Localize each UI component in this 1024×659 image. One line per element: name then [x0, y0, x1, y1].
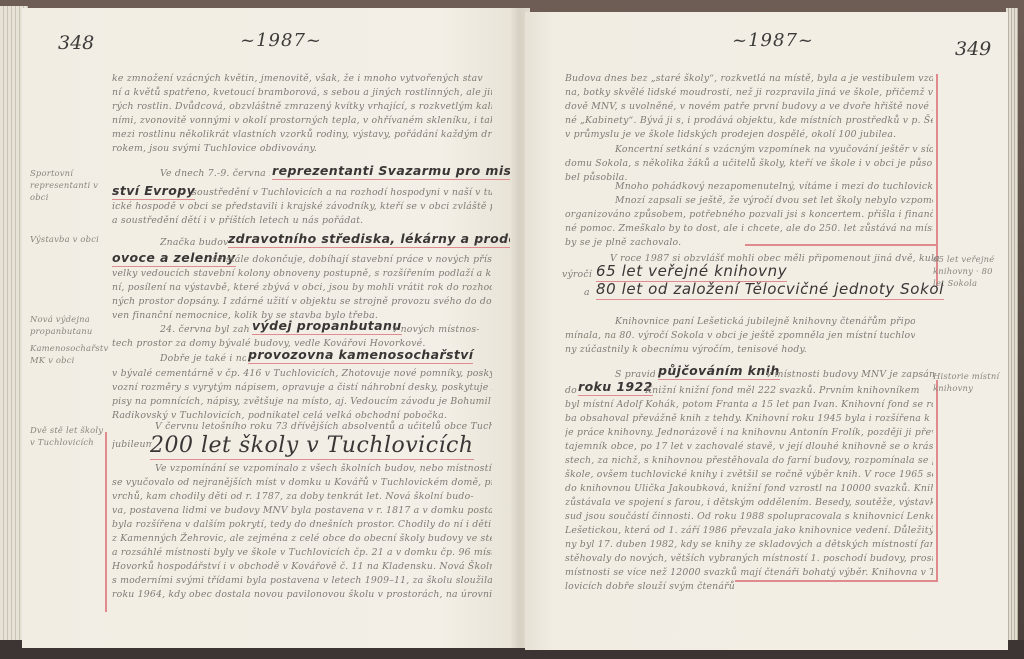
margin-note: Dvě stě let školy v Tuchlovicích [30, 424, 108, 448]
body-line: stěhovaly do nových, větších vybraných m… [565, 552, 933, 567]
body-line: a soustředění dětí i v příštích letech u… [112, 214, 492, 229]
headline-school-200: 200 let školy v Tuchlovicích [150, 433, 474, 460]
page-number-right: 349 [955, 38, 991, 60]
body-line: domu Sokola, s několika žáků a učitelů š… [565, 157, 933, 172]
body-line: ba obsahoval převážně knih z tehdy. Knih… [565, 412, 933, 427]
body-line: Ve vzpomínání se vzpomínalo z všech škol… [155, 462, 492, 477]
body-line: by se je plně zachovalo. [565, 236, 735, 251]
prefix: výročí [562, 268, 592, 283]
red-margin-line [105, 432, 107, 612]
body-line: ny byl 17. duben 1982, kdy se knihy ze s… [565, 538, 933, 553]
lead-in: Značka budovy [160, 236, 228, 251]
page-number-left: 348 [58, 32, 94, 54]
intro-line: ními, zvonovitě vonnými v okolí prostorn… [112, 114, 492, 129]
body-line: a rozsáhlé místnosti byly ve škole v Tuc… [112, 546, 492, 561]
body-line: v bývalé cementárně v čp. 416 v Tuchlovi… [112, 367, 492, 382]
prefix: a [584, 286, 594, 301]
body-line: ické hospodě v obci se představili i kra… [112, 200, 492, 215]
body-line: organizováno způsobem, potřebného pozval… [565, 208, 933, 223]
body-line: do knihovnou Ulička Jakoubková, knižní f… [565, 482, 933, 497]
body-line: vrchů, kam chodily děti od r. 1787, za d… [112, 490, 492, 505]
body-line: lovicích dobře slouží svým čtenářům. [565, 580, 735, 595]
red-frame-line [745, 244, 938, 246]
year-header-right: ~1987~ [732, 30, 814, 51]
lead-in: Dobře je také i nová [160, 352, 246, 367]
body-line: Lešetickou, která od 1. září 1986 převza… [565, 524, 933, 539]
body-line: s moderními svými třídami byla postavena… [112, 574, 492, 589]
intro-line: ní a květů spatřeno, kvetoucí bramborová… [112, 86, 492, 101]
margin-note: Výstavba v obci [30, 233, 108, 245]
margin-note: Nová výdejna propanbutanu [30, 313, 108, 337]
body-line: Koncertní setkání s vzácným vzpomínek na… [615, 143, 933, 158]
body-line: Knihovnice paní Lešetická jubilejně knih… [615, 315, 915, 330]
margin-note: Kamenosochařství MK v obci [30, 342, 108, 366]
intro-line: rých rostlin. Dvůdcová, obzvláštně zmraz… [112, 100, 492, 115]
margin-note: Historie místní knihovny [933, 370, 1008, 394]
body-line: Knižní knižní fond měl 222 svazků. První… [645, 384, 933, 399]
body-line: soustředění v Tuchlovicích a na rozhodí … [192, 186, 492, 201]
highlight-propane: výdej propanbutanu [252, 318, 402, 335]
body-line: Mnozí zapsali se ještě, že výročí dvou s… [615, 194, 933, 209]
intro-line: Budova dnes bez „staré školy“, rozkvetlá… [565, 72, 933, 87]
body-line: mínala, na 80. výročí Sokola v obci je j… [565, 329, 915, 344]
highlight-health-center: zdravotního střediska, lékárny a prodejn… [228, 231, 540, 248]
intro-line: na, botky skvělé lidské moudrosti, než j… [565, 86, 933, 101]
lead-in: Ve dnech 7.-9. června měli [160, 167, 270, 182]
intro-line: v průmyslu je ve škole lidských prodejen… [565, 128, 933, 143]
body-line: tajemník obce, po 17 let v zachovalé sta… [565, 440, 933, 455]
body-line: z Kamenných Žehrovic, ale zejména z celé… [112, 532, 492, 547]
margin-note: Sportovní representanti v obci [30, 167, 108, 203]
prefix: do [565, 384, 579, 399]
body-line: byla rozšířena v dalším pokrytí, tedy do… [112, 518, 492, 533]
body-line: v místnosti budovy MNV je zapsán [766, 368, 934, 383]
body-line: místnosti se více než 12000 svazků mají … [565, 566, 933, 581]
body-line: Mnoho pohádkový nezapomenutelný, vítáme … [615, 180, 933, 195]
body-line: se vyučovalo od nejranějších míst v domk… [112, 476, 492, 491]
intro-line: rokem, jsou svými Tuchlovice obdivovány. [112, 142, 492, 157]
intro-line: ke zmnožení vzácných květin, jmenovitě, … [112, 72, 492, 87]
highlight-year-1922: roku 1922 [578, 379, 653, 396]
body-line: roku 1964, kdy obec dostala novou pavilo… [112, 588, 492, 603]
body-line: velky vedoucích stavební kolony obnoveny… [112, 267, 492, 282]
body-line: Hovorků hospodářství i v obchodě v Kovář… [112, 560, 492, 575]
body-line: zůstávala ve spojení s farou, i dětským … [565, 496, 933, 511]
side-label: jubileum [112, 438, 152, 453]
body-line: je práce knihovny. Jednorázově i na knih… [565, 426, 933, 441]
body-line: ní, posílení na výstavbě, které zbývá v … [112, 281, 492, 296]
body-line: ných prostor dopsány. I zdárné užití v o… [112, 295, 492, 310]
body-line: stech, za nichž, s knihovnou přestěhoval… [565, 454, 933, 469]
intro-line: dově MNV, s uvolněné, v novém patře prvn… [565, 100, 933, 115]
intro-line: mezi rostlinu několikrát vlastních vzork… [112, 128, 492, 143]
body-line: se stále dokončuje, dobíhají stavební pr… [212, 253, 492, 268]
highlight-library-65: 65 let veřejné knihovny [596, 262, 787, 282]
highlight-book-lending: půjčováním knih [658, 363, 780, 380]
body-line: va, postavena lidmi ve budovy MNV byla p… [112, 504, 492, 519]
body-line: byl místní Adolf Kohák, potom Franta a 1… [565, 398, 933, 413]
highlight-europe: ství Evropy [112, 183, 195, 200]
year-header-left: ~1987~ [240, 30, 322, 51]
red-frame-line [936, 380, 938, 582]
body-line: pisy na pomnících, nápisy, zvětšuje na m… [112, 395, 492, 410]
body-line: ny zúčastnily k obecnímu výročím, teniso… [565, 343, 915, 358]
highlight-stonemason: provozovna kamenosochařství [248, 347, 473, 364]
highlight-svazarm: reprezentanti Svazarmu pro mistrov [272, 163, 542, 180]
body-line: v nových místnos- [392, 323, 492, 338]
body-line: vozní rozměry s vyrytým nápisem, opravuj… [112, 381, 492, 396]
intro-line: né „Kabinety“. Bývá ji s, i prodává obje… [565, 114, 933, 129]
body-line: škole, ovšem tuchlovické knihy i zvětšil… [565, 468, 933, 483]
body-line: né pomoc. Zmeškalo by to dost, ale i chc… [565, 222, 933, 237]
highlight-sokol-80: 80 let od založení Tělocvičné jednoty So… [596, 280, 944, 300]
lead-in: 24. června byl zahájen [160, 323, 250, 338]
body-line: sud jsou součástí činnosti. Od roku 1988… [565, 510, 933, 525]
